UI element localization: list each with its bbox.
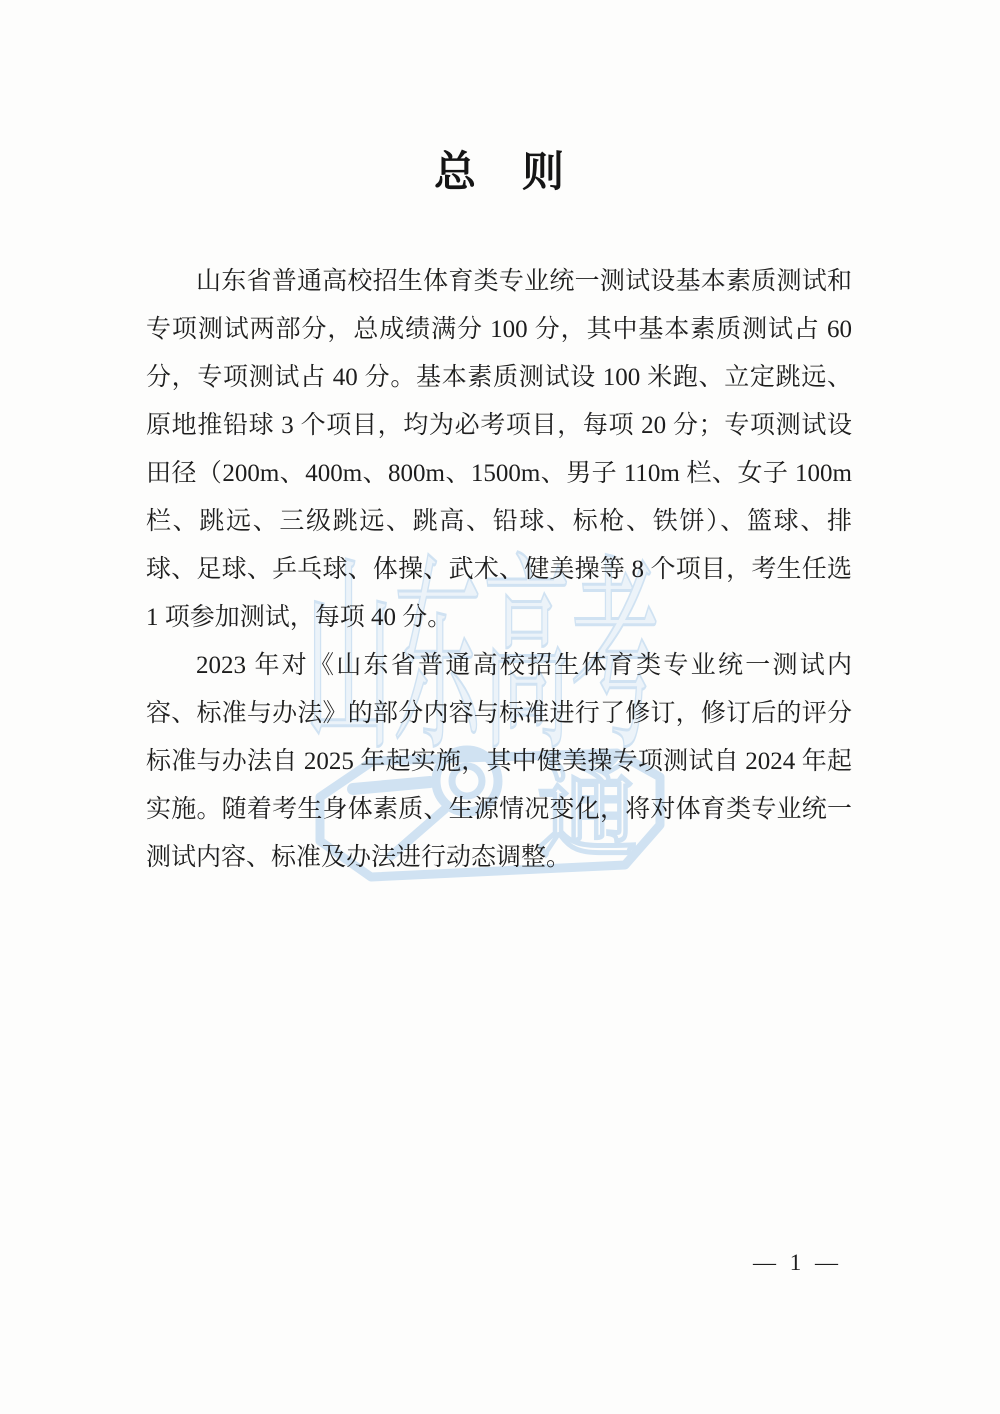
body-paragraph-2: 2023 年对《山东省普通高校招生体育类专业统一测试内容、标准与办法》的部分内容… xyxy=(146,642,852,882)
document-page: 山东高考 通 总 则 山东省普通高校招生体育类专业统一测试设基本素质测试和专项测… xyxy=(0,0,1000,1414)
page-title: 总 则 xyxy=(0,150,1000,196)
page-number: — 1 — xyxy=(753,1248,842,1278)
body-paragraph-1: 山东省普通高校招生体育类专业统一测试设基本素质测试和专项测试两部分，总成绩满分 … xyxy=(146,258,852,642)
document-body: 山东省普通高校招生体育类专业统一测试设基本素质测试和专项测试两部分，总成绩满分 … xyxy=(146,258,852,882)
